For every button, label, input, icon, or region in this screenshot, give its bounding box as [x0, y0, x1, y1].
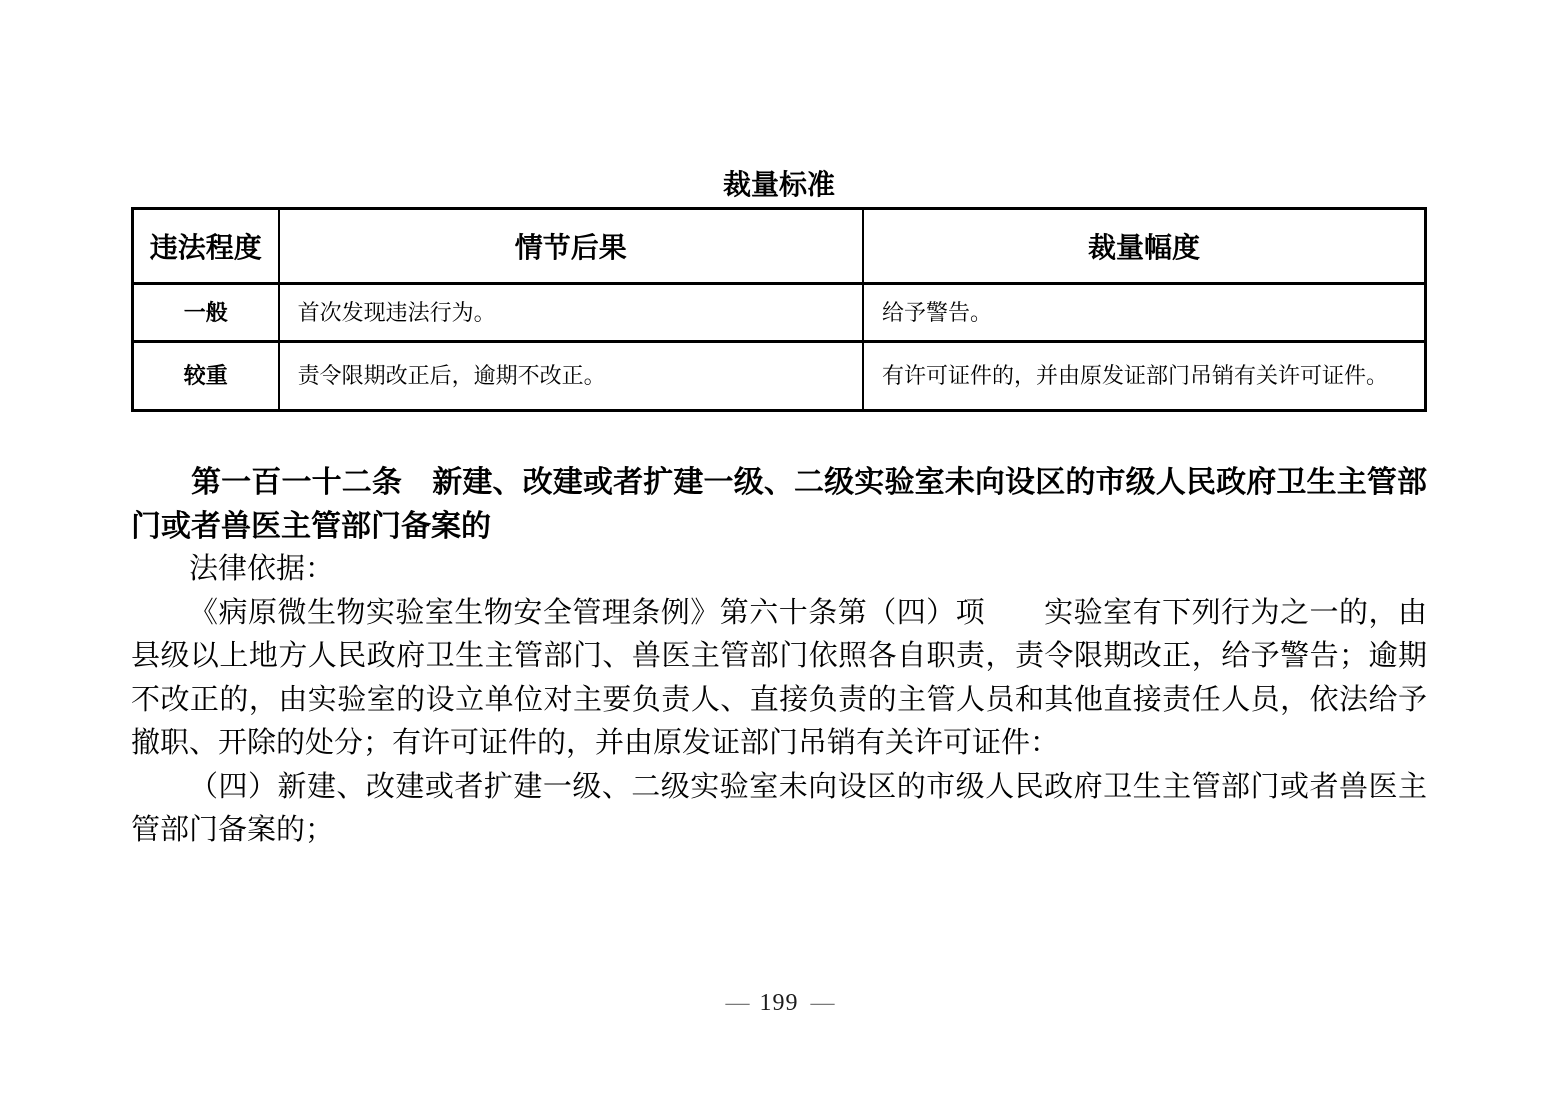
- page-number: 199: [760, 990, 799, 1016]
- page-footer: —199—: [0, 986, 1558, 1020]
- table-header-row: 违法程度 情节后果 裁量幅度: [133, 209, 1426, 284]
- legal-basis-label: 法律依据：: [131, 548, 1427, 592]
- circumstance-cell: 首次发现违法行为。: [279, 284, 863, 342]
- violation-level-cell: 一般: [133, 284, 279, 342]
- violation-level-cell: 较重: [133, 342, 279, 411]
- table-row-serious: 较重 责令限期改正后，逾期不改正。 有许可证件的，并由原发证部门吊销有关许可证件…: [133, 342, 1426, 411]
- column-header-discretion-range: 裁量幅度: [863, 209, 1425, 284]
- legal-basis-text: 《病原微生物实验室生物安全管理条例》第六十条第（四）项 实验室有下列行为之一的，…: [131, 592, 1427, 766]
- footer-left-dash: —: [726, 990, 748, 1016]
- table-row-general: 一般 首次发现违法行为。 给予警告。: [133, 284, 1426, 342]
- discretion-range-cell: 有许可证件的，并由原发证部门吊销有关许可证件。: [863, 342, 1425, 411]
- footer-right-dash: —: [811, 990, 833, 1016]
- table-title: 裁量标准: [131, 168, 1427, 202]
- column-header-circumstance: 情节后果: [279, 209, 863, 284]
- column-header-violation-degree: 违法程度: [133, 209, 279, 284]
- discretion-standards-table: 违法程度 情节后果 裁量幅度 一般 首次发现违法行为。 给予警告。 较重 责令限…: [131, 207, 1427, 412]
- circumstance-cell: 责令限期改正后，逾期不改正。: [279, 342, 863, 411]
- document-page: 裁量标准 违法程度 情节后果 裁量幅度 一般 首次发现违法行为。 给予警告。 较…: [0, 0, 1558, 1102]
- article-text-block: 第一百一十二条 新建、改建或者扩建一级、二级实验室未向设区的市级人民政府卫生主管…: [131, 461, 1427, 853]
- item-four-text: （四）新建、改建或者扩建一级、二级实验室未向设区的市级人民政府卫生主管部门或者兽…: [131, 766, 1427, 853]
- article-heading: 第一百一十二条 新建、改建或者扩建一级、二级实验室未向设区的市级人民政府卫生主管…: [131, 461, 1427, 548]
- discretion-range-cell: 给予警告。: [863, 284, 1425, 342]
